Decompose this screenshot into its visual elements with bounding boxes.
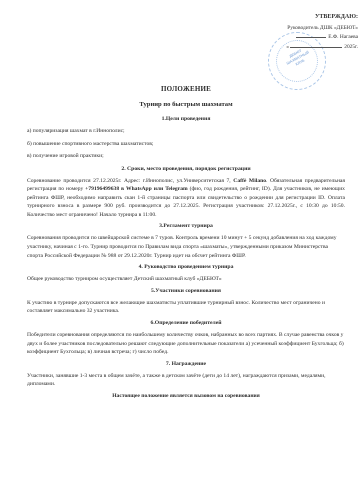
section-heading-management: 4. Руководство проведением турнира bbox=[27, 263, 345, 272]
goal-item: б) повышение спортивного мастерства шахм… bbox=[27, 140, 345, 149]
document-title: ПОЛОЖЕНИЕ bbox=[27, 84, 345, 94]
section-text-dates: Соревнование проводится 27.12.2025г. Адр… bbox=[27, 177, 345, 220]
section-heading-goals: 1.Цели проведения bbox=[27, 115, 345, 124]
approval-block: УТВЕРЖДАЮ: Руководитель ДШК «ДЕБЮТ» Е.Ф.… bbox=[286, 13, 358, 52]
text-part: Соревнование проводится 27.12.2025г. Адр… bbox=[27, 178, 233, 184]
approval-date-prefix: « bbox=[286, 44, 289, 50]
section-heading-awards: 7. Награждение bbox=[27, 360, 345, 369]
approval-signer-row: Е.Ф. Нагаева bbox=[286, 33, 358, 43]
section-heading-dates: 2. Сроки, место проведения, порядок реги… bbox=[27, 165, 345, 174]
signature-line bbox=[296, 37, 326, 38]
goal-item: а) популяризация шахмат в г.Иннополис; bbox=[27, 127, 345, 136]
section-heading-participants: 5.Участники соревнования bbox=[27, 287, 345, 296]
section-text-awards: Участники, занявшие 1-3 места в общем за… bbox=[27, 372, 345, 389]
document-subtitle: Турнир по быстрым шахматам bbox=[27, 100, 345, 110]
document-page: ДЕБЮТ ШАХМАТНЫЙ КЛУБ УТВЕРЖДАЮ: Руководи… bbox=[0, 0, 364, 500]
approval-date-suffix: 2025г. bbox=[344, 44, 358, 50]
approval-position: Руководитель ДШК «ДЕБЮТ» bbox=[286, 24, 358, 34]
date-line bbox=[290, 47, 342, 48]
approval-date-row: « 2025г. bbox=[286, 43, 358, 53]
venue-name: Caffè Milano bbox=[233, 178, 266, 184]
section-text-rules: Соревнования проводится по швейцарской с… bbox=[27, 234, 345, 260]
section-text-winners: Победители соревнования определяются по … bbox=[27, 331, 345, 357]
registration-contact: +79196499638 в WhatsApp или Telegram bbox=[85, 186, 188, 192]
closing-note: Настоящее положение является вызовом на … bbox=[27, 392, 345, 401]
section-heading-winners: 6.Определение победителей bbox=[27, 319, 345, 328]
section-heading-rules: 3.Регламент турнира bbox=[27, 222, 345, 231]
section-text-management: Общее руководство турниром осуществляет … bbox=[27, 275, 345, 284]
approval-heading: УТВЕРЖДАЮ: bbox=[286, 13, 358, 23]
section-text-participants: К участию в турнире допускаются все жела… bbox=[27, 299, 345, 316]
document-content: ПОЛОЖЕНИЕ Турнир по быстрым шахматам 1.Ц… bbox=[27, 84, 345, 401]
goal-item: в) получение игровой практики; bbox=[27, 152, 345, 161]
approval-signer: Е.Ф. Нагаева bbox=[328, 34, 358, 40]
